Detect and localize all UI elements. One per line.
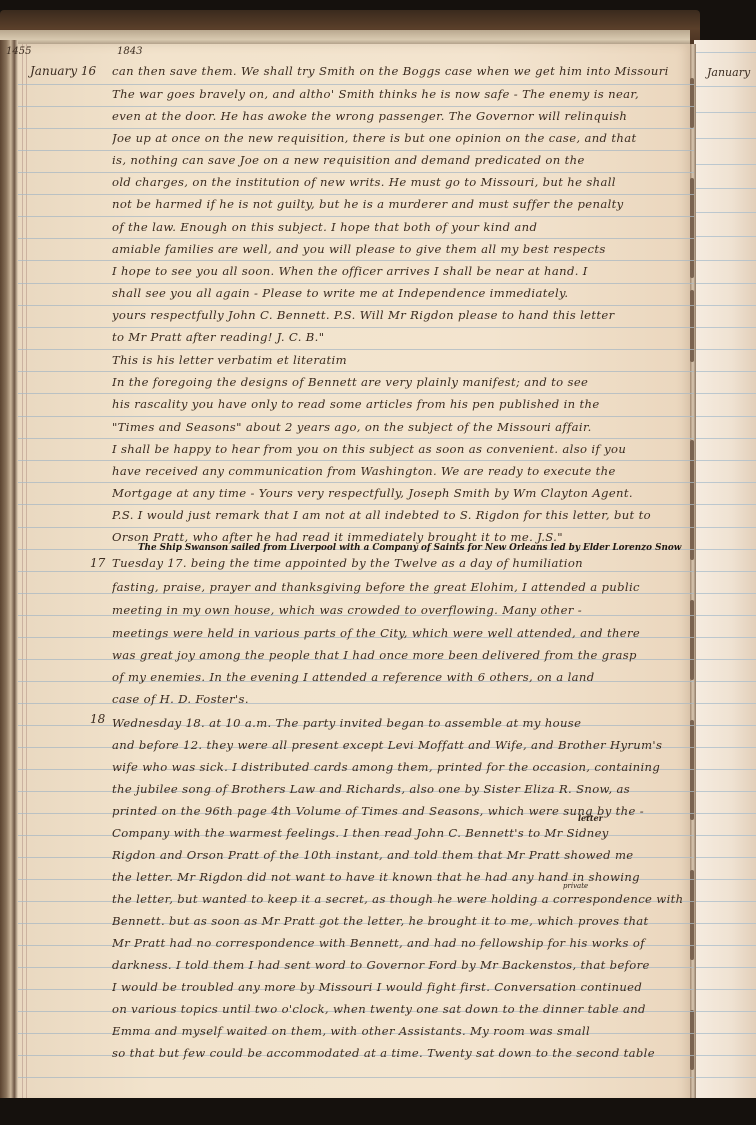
ruled-line <box>696 879 756 880</box>
manuscript-line: of my enemies. In the evening I attended… <box>112 670 687 684</box>
ruled-line <box>696 112 756 113</box>
ruled-line <box>696 482 756 483</box>
ruled-line <box>18 128 694 129</box>
margin-date-january-16: January 16 <box>30 64 96 78</box>
binding-stitch <box>690 78 694 128</box>
ruled-line <box>696 1055 756 1056</box>
manuscript-line: Bennett. but as soon as Mr Pratt got the… <box>112 914 687 928</box>
ruled-line <box>696 527 756 528</box>
book-spine-edge <box>0 40 18 1105</box>
ruled-line <box>696 504 756 505</box>
ruled-line <box>696 571 756 572</box>
manuscript-line: wife who was sick. I distributed cards a… <box>112 760 687 774</box>
ruled-line <box>696 86 756 87</box>
manuscript-line: Tuesday 17. being the time appointed by … <box>112 556 687 570</box>
ruled-line <box>696 769 756 770</box>
manuscript-line: shall see you all again - Please to writ… <box>112 286 687 300</box>
ruled-line <box>696 327 756 328</box>
margin-date-17: 17 <box>90 556 105 570</box>
manuscript-line: yours respectfully John C. Bennett. P.S.… <box>112 308 687 322</box>
manuscript-line: Company with the warmest feelings. I the… <box>112 826 687 840</box>
ruled-line <box>696 188 756 189</box>
ruled-line <box>18 1077 694 1078</box>
ruled-line <box>696 212 756 213</box>
manuscript-line: case of H. D. Foster's. <box>112 692 687 706</box>
manuscript-line: P.S. I would just remark that I am not a… <box>112 508 687 522</box>
manuscript-line: not be harmed if he is not guilty, but h… <box>112 197 687 211</box>
ruled-line <box>696 945 756 946</box>
ruled-line <box>696 236 756 237</box>
ruled-line <box>696 857 756 858</box>
manuscript-line: and before 12. they were all present exc… <box>112 738 687 752</box>
ruled-line <box>696 637 756 638</box>
ruled-line <box>696 593 756 594</box>
manuscript-line: Orson Pratt, who after he had read it im… <box>112 530 687 544</box>
facing-page-heading: January <box>707 66 750 79</box>
margin-date-18: 18 <box>90 712 105 726</box>
ruled-line <box>696 813 756 814</box>
manuscript-line: Rigdon and Orson Pratt of the 10th insta… <box>112 848 687 862</box>
binding-stitch <box>690 720 694 820</box>
ruled-line <box>696 283 756 284</box>
background-shadow <box>0 1098 756 1125</box>
manuscript-line: Mr Pratt had no correspondence with Benn… <box>112 936 687 950</box>
ruled-line <box>18 327 694 328</box>
ruled-line <box>696 747 756 748</box>
manuscript-line: to Mr Pratt after reading! J. C. B." <box>112 330 687 344</box>
manuscript-line: Wednesday 18. at 10 a.m. The party invit… <box>112 716 687 730</box>
manuscript-line: "Times and Seasons" about 2 years ago, o… <box>112 420 687 434</box>
ruled-line <box>18 283 694 284</box>
ruled-line <box>18 216 694 217</box>
manuscript-line: was great joy among the people that I ha… <box>112 648 687 662</box>
ruled-line <box>696 791 756 792</box>
binding-stitch <box>690 600 694 680</box>
manuscript-line: The war goes bravely on, and altho' Smit… <box>112 87 687 101</box>
ruled-line <box>696 52 756 53</box>
ruled-line <box>696 416 756 417</box>
ruled-line <box>696 835 756 836</box>
manuscript-line: amiable families are well, and you will … <box>112 242 687 256</box>
manuscript-line: his rascality you have only to read some… <box>112 397 687 411</box>
ruled-line <box>18 172 694 173</box>
manuscript-line: This is his letter verbatim et literatim <box>112 353 687 367</box>
manuscript-line: the letter, but wanted to keep it a secr… <box>112 892 687 906</box>
manuscript-line: can then save them. We shall try Smith o… <box>112 64 687 78</box>
ruled-line <box>18 305 694 306</box>
ruled-line <box>18 194 694 195</box>
year-heading: 1843 <box>117 46 142 57</box>
manuscript-line: I hope to see you all soon. When the off… <box>112 264 687 278</box>
ruled-line <box>18 260 694 261</box>
manuscript-line: Joe up at once on the new requisition, t… <box>112 131 687 145</box>
ruled-line <box>18 571 694 572</box>
manuscript-line: of the law. Enough on this subject. I ho… <box>112 220 687 234</box>
ruled-line <box>18 527 694 528</box>
ruled-line <box>696 164 756 165</box>
binding-stitch <box>690 178 694 278</box>
manuscript-line: even at the door. He has awoke the wrong… <box>112 109 687 123</box>
ruled-line <box>696 681 756 682</box>
manuscript-line: In the foregoing the designs of Bennett … <box>112 375 687 389</box>
manuscript-line: meetings were held in various parts of t… <box>112 626 687 640</box>
binding-stitch <box>690 440 694 560</box>
ruled-line <box>696 1077 756 1078</box>
facing-page <box>694 40 756 1098</box>
manuscript-line: darkness. I told them I had sent word to… <box>112 958 687 972</box>
manuscript-line: old charges, on the institution of new w… <box>112 175 687 189</box>
ruled-line <box>696 549 756 550</box>
manuscript-line: Emma and myself waited on them, with oth… <box>112 1024 687 1038</box>
ruled-line <box>696 138 756 139</box>
ruled-line <box>696 460 756 461</box>
manuscript-line: I would be troubled any more by Missouri… <box>112 980 687 994</box>
manuscript-line: have received any communication from Was… <box>112 464 687 478</box>
inserted-note: The Ship Swanson sailed from Liverpool w… <box>138 543 681 553</box>
ruled-line <box>18 84 694 85</box>
ruled-line <box>696 923 756 924</box>
ruled-line <box>696 260 756 261</box>
ruled-line <box>696 901 756 902</box>
ruled-line <box>18 393 694 394</box>
ruled-line <box>696 659 756 660</box>
manuscript-line: so that but few could be accommodated at… <box>112 1046 687 1060</box>
ruled-line <box>18 349 694 350</box>
manuscript-line: I shall be happy to hear from you on thi… <box>112 442 687 456</box>
ruled-line <box>696 989 756 990</box>
manuscript-line: fasting, praise, prayer and thanksgiving… <box>112 580 687 594</box>
folio-number: 1455 <box>6 46 31 57</box>
ruled-line <box>696 1033 756 1034</box>
manuscript-line: is, nothing can save Joe on a new requis… <box>112 153 687 167</box>
manuscript-line: meeting in my own house, which was crowd… <box>112 603 687 617</box>
ruled-line <box>696 725 756 726</box>
ruled-line <box>18 416 694 417</box>
ruled-line <box>18 238 694 239</box>
interlinear-insert: private <box>563 882 588 890</box>
binding-stitch <box>690 290 694 362</box>
ruled-line <box>696 703 756 704</box>
ruled-line <box>18 371 694 372</box>
binding-stitch <box>690 870 694 960</box>
ruled-line <box>696 349 756 350</box>
manuscript-line: Mortgage at any time - Yours very respec… <box>112 486 687 500</box>
ruled-line <box>18 482 694 483</box>
ruled-line <box>696 615 756 616</box>
ruled-line <box>18 150 694 151</box>
manuscript-line: the jubilee song of Brothers Law and Ric… <box>112 782 687 796</box>
ruled-line <box>18 460 694 461</box>
interlinear-insert: letter <box>578 813 603 823</box>
manuscript-line: on various topics until two o'clock, whe… <box>112 1002 687 1016</box>
ruled-line <box>696 967 756 968</box>
ruled-line <box>696 305 756 306</box>
ruled-line <box>696 371 756 372</box>
ruled-line <box>696 1011 756 1012</box>
ruled-line <box>696 438 756 439</box>
ruled-line <box>18 504 694 505</box>
ruled-line <box>696 393 756 394</box>
ruled-line <box>18 106 694 107</box>
binding-stitch <box>690 1010 694 1070</box>
ruled-line <box>18 438 694 439</box>
manuscript-line: the letter. Mr Rigdon did not want to ha… <box>112 870 687 884</box>
